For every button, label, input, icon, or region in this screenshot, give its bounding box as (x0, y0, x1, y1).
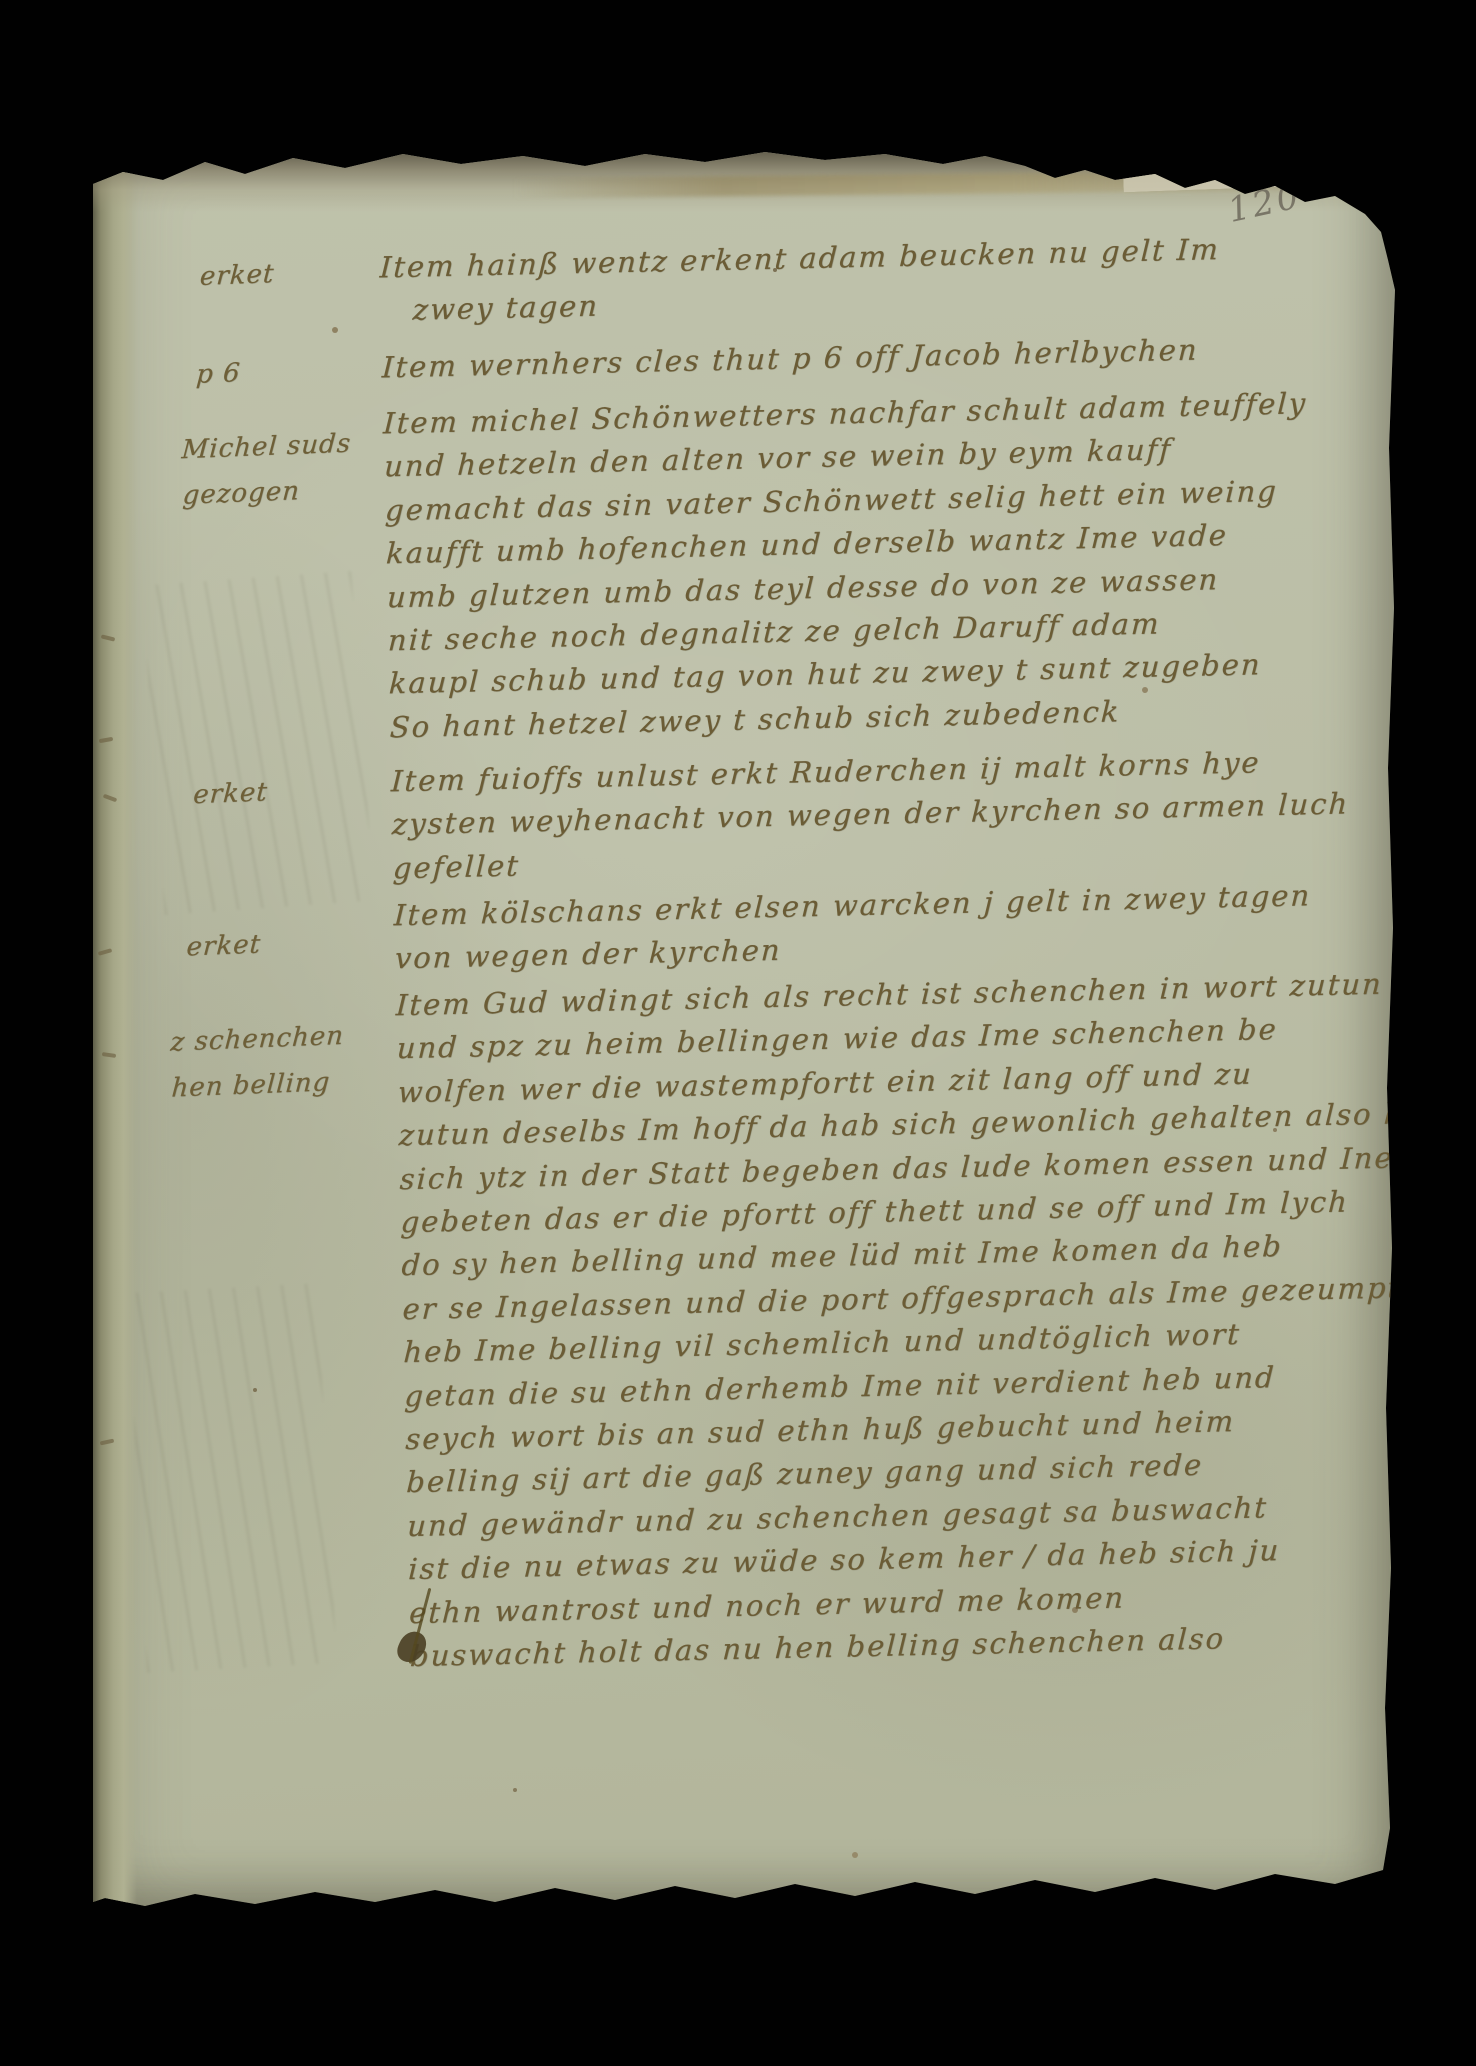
paper-speckles (93, 148, 97, 152)
text-line: Item wernhers cles thut p 6 off Jacob he… (381, 336, 1199, 383)
entries-container: erketItem hainß wentz erkent adam beucke… (74, 128, 1376, 156)
text-line: und gewändr und zu schenchen gesagt sa b… (407, 1493, 1269, 1541)
folio-number: 120o (1224, 173, 1319, 231)
text-line: wolfen wer die wastempfortt ein zit lang… (397, 1059, 1253, 1107)
text-line: von wegen der kyrchen (394, 936, 782, 973)
margin-note: gezogen (182, 478, 301, 509)
margin-note: erket (192, 779, 268, 808)
text-line: Item fuioffs unlust erkt Ruderchen ij ma… (390, 748, 1261, 796)
text-line: kaupl schub und tag von hut zu zwey t su… (388, 651, 1262, 699)
margin-note: p 6 (195, 360, 241, 388)
text-line: zysten weyhenacht von wegen der kyrchen … (391, 790, 1349, 840)
text-line: belling sij art die gaß zuney gang und s… (406, 1451, 1204, 1497)
photo-stage: 120o erketItem hainß wentz erkent adam b… (0, 0, 1476, 2066)
text-line: ethn wantrost und noch er wurd me komen (408, 1583, 1125, 1628)
text-line: und hetzeln den alten vor se wein by eym… (383, 436, 1172, 482)
margin-note: Michel suds (181, 431, 352, 464)
folio-number-value: 120 (1224, 176, 1305, 231)
manuscript-content: 120o erketItem hainß wentz erkent adam b… (74, 128, 1414, 1918)
manuscript-page: 120o erketItem hainß wentz erkent adam b… (93, 148, 1395, 1910)
margin-note: erket (186, 932, 262, 961)
text-line: So hant hetzel zwey t schub sich zubeden… (389, 697, 1121, 742)
text-line: kaufft umb hofenchen und derselb wantz I… (385, 521, 1228, 568)
text-line: zwey tagen (412, 292, 600, 325)
text-line: buswacht holt das nu hen belling schench… (409, 1624, 1225, 1671)
text-line: ist die nu etwas zu wüde so kem her / da… (408, 1536, 1281, 1584)
text-line: Item kölschans erkt elsen warcken j gelt… (393, 881, 1312, 930)
margin-note: hen belling (171, 1069, 331, 1101)
text-line: do sy hen belling und mee lüd mit Ime ko… (401, 1232, 1284, 1280)
text-line: er se Ingelassen und die port offgesprac… (402, 1273, 1402, 1324)
margin-note: z schenchen (170, 1023, 345, 1056)
text-line: Item michel Schönwetters nachfar schult … (383, 389, 1308, 438)
text-line: nit seche noch degnalitz ze gelch Daruff… (387, 609, 1161, 655)
margin-note: erket (199, 261, 275, 290)
text-line: und spz zu heim bellingen wie das Ime sc… (396, 1015, 1278, 1063)
text-line: Item hainß wentz erkent adam beucken nu … (379, 235, 1220, 282)
folio-number-superscript: o (1297, 175, 1316, 200)
text-line: umb glutzen umb das teyl desse do von ze… (386, 565, 1219, 612)
text-line: gefellet (392, 851, 520, 883)
text-line: gemacht das sin vater Schönwett selig he… (384, 477, 1278, 526)
text-line: seych wort bis an sud ethn huß gebucht u… (405, 1407, 1236, 1454)
text-line: getan die su ethn derhemb Ime nit verdie… (404, 1363, 1277, 1411)
text-line: heb Ime belling vil schemlich und undtög… (403, 1320, 1242, 1367)
